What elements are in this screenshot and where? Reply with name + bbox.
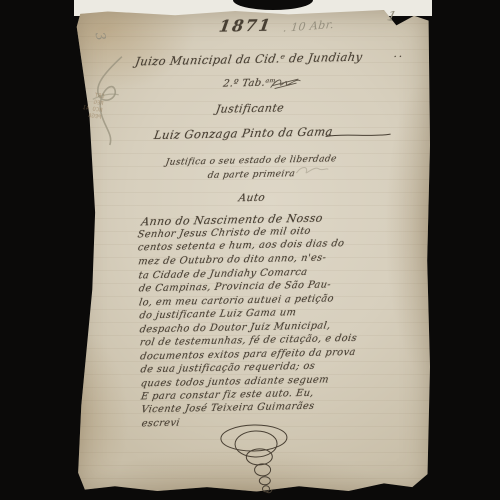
body-line: documentos exitos para effeito da prova xyxy=(139,347,356,363)
subject-line-2: da parte primeira xyxy=(118,167,385,183)
body-line: do justificante Luiz Gama um xyxy=(138,307,297,321)
role-line: Justificante xyxy=(116,99,384,118)
subject-line-1: Justifica o seu estado de liberdade xyxy=(117,153,384,169)
body-line: Vicente José Teixeira Guimarães xyxy=(140,401,315,416)
pencil-date: . 10 Abr. xyxy=(282,18,334,35)
office-line: 2.º Tab.ᵃᵐ xyxy=(116,75,384,92)
name-flourish xyxy=(326,131,392,140)
body-line: centos setenta e hum, aos dois dias do xyxy=(137,238,345,253)
handwriting-layer: 1871 . 10 Abr. 1 3 CRT REG RCO 41 PEGA J… xyxy=(71,6,435,495)
signature-flourish xyxy=(210,421,302,499)
page-number: 1 xyxy=(385,8,398,26)
body-line: de Campinas, Provincia de São Pau- xyxy=(138,279,332,294)
section-title: Auto xyxy=(118,189,386,207)
body-line: de sua justificação requerida; os xyxy=(140,361,316,376)
rubric-scribble xyxy=(268,75,302,92)
year-annotation: 1871 xyxy=(218,16,273,36)
body-line: Senhor Jesus Christo de mil oito xyxy=(137,226,312,241)
margin-number: 3 xyxy=(92,31,109,43)
header-dots: .. xyxy=(393,49,405,60)
body-line: lo, em meu cartorio autuei a petição xyxy=(138,293,334,308)
court-header: Juizo Municipal da Cid.ᵉ de Jundiahy xyxy=(115,49,383,69)
body-line: mez de Outubro do dito anno, n'es- xyxy=(137,252,327,267)
bleedthrough-stamp: CRT REG RCO 41 PEGA xyxy=(67,89,105,122)
pencil-scribble xyxy=(294,162,330,177)
body-line: ta Cidade de Jundiahy Comarca xyxy=(138,267,309,282)
body-line: escrevi xyxy=(141,418,181,430)
scanned-document: 1871 . 10 Abr. 1 3 CRT REG RCO 41 PEGA J… xyxy=(0,0,500,500)
body-line: E para constar fiz este auto. Eu, xyxy=(140,388,315,403)
body-line: rol de testemunhas, fé de citação, e doi… xyxy=(139,333,358,349)
